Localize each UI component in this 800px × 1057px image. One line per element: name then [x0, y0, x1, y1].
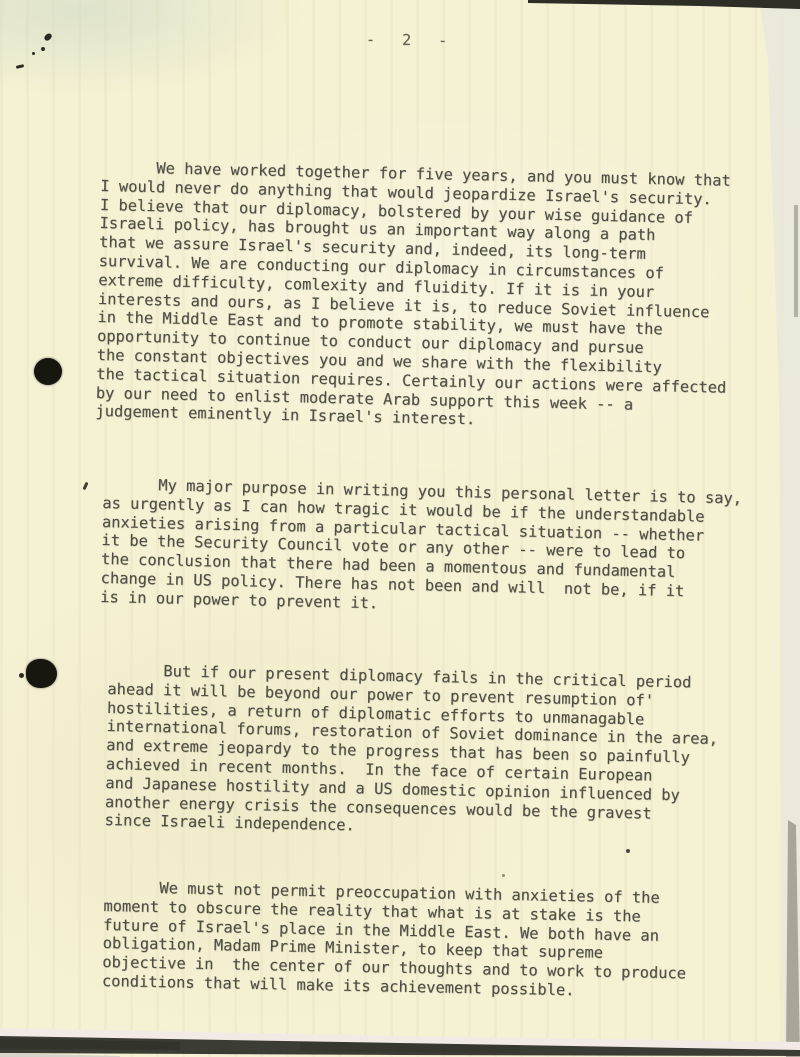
letter-paragraph-1: We have worked together for five years, … [95, 158, 790, 436]
page-number: - 2 - [366, 30, 456, 49]
hole-punch-mark-upper [34, 358, 62, 385]
top-edge-bar [528, 0, 800, 9]
ink-speck [43, 32, 53, 42]
ink-speck [41, 47, 45, 51]
bottom-edge-band [0, 1036, 800, 1056]
pen-tick-mark [83, 482, 89, 491]
right-edge-line-upper [794, 205, 798, 317]
letter-paragraph-3: But if our present diplomacy fails in th… [104, 661, 789, 845]
letter-paragraph-4: We must not permit preoccupation with an… [102, 878, 790, 1004]
ink-speck [502, 874, 505, 877]
ink-speck [16, 64, 24, 69]
ink-speck [19, 673, 24, 678]
bottom-pale-strip [0, 1028, 800, 1051]
scanned-letter-page: - 2 - We have worked together for five y… [0, 0, 800, 1057]
bottom-left-sliver [0, 1053, 120, 1057]
ink-speck [32, 52, 35, 55]
hole-punch-mark-lower [26, 659, 57, 688]
letter-paragraph-2: My major purpose in writing you this per… [100, 475, 790, 622]
letter-body: We have worked together for five years, … [100, 120, 790, 1029]
ink-speck [626, 849, 630, 853]
